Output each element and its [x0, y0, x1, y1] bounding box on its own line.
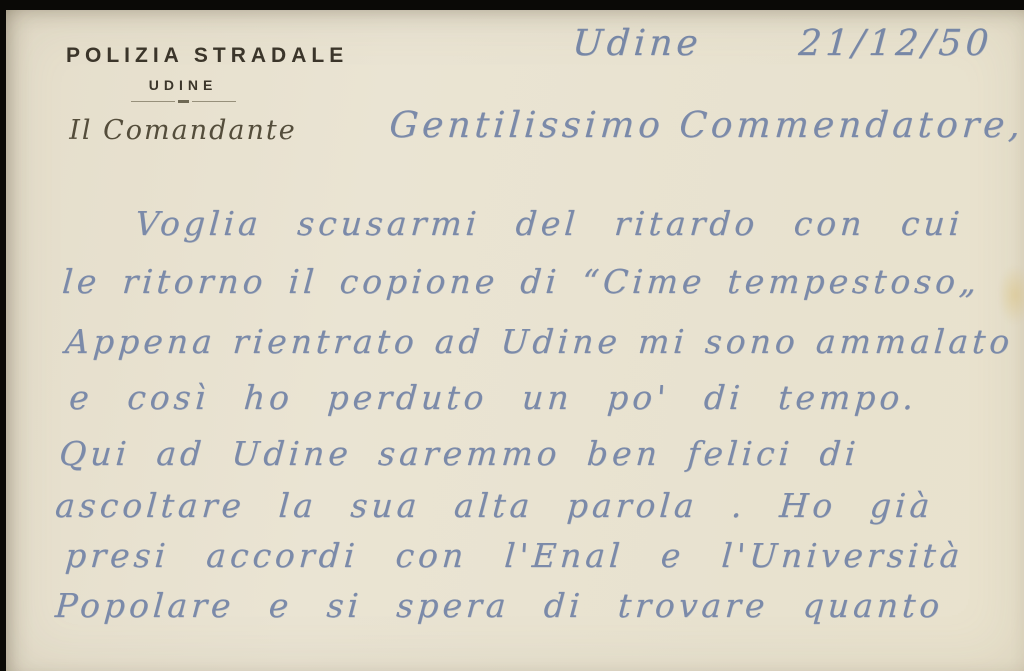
letterhead: POLIZIA STRADALE UDINE Il Comandante — [66, 44, 300, 146]
paper-stain — [998, 265, 1024, 325]
body-line-7: presi accordi con l'Enal e l'Università — [64, 538, 965, 574]
salutation-line: Gentilissimo Commendatore, — [388, 106, 981, 146]
body-line-8: Popolare e si spera di trovare quanto — [54, 588, 945, 624]
scan-background: POLIZIA STRADALE UDINE Il Comandante Udi… — [0, 0, 1024, 671]
letterhead-city: UDINE — [66, 77, 300, 93]
date-line: Udine 21/12/50 — [571, 24, 994, 64]
body-line-6: ascoltare la sua alta parola . Ho già — [54, 488, 935, 524]
body-line-5: Qui ad Udine saremmo ben felici di — [58, 436, 861, 472]
letterhead-role: Il Comandante — [66, 115, 300, 146]
body-line-3: Appena rientrato ad Udine mi sono ammala… — [64, 324, 1015, 360]
rule-line-left — [131, 101, 175, 102]
letterhead-org-name: POLIZIA STRADALE — [66, 44, 300, 68]
rule-center-dash — [178, 100, 189, 103]
body-line-2: le ritorno il copione di “Cime tempestos… — [61, 264, 982, 300]
rule-line-right — [192, 101, 236, 102]
letterhead-rule — [66, 100, 300, 103]
letter-paper: POLIZIA STRADALE UDINE Il Comandante Udi… — [6, 10, 1024, 671]
body-line-4: e così ho perduto un po' di tempo. — [68, 380, 919, 416]
body-line-1: Voglia scusarmi del ritardo con cui — [134, 206, 965, 242]
